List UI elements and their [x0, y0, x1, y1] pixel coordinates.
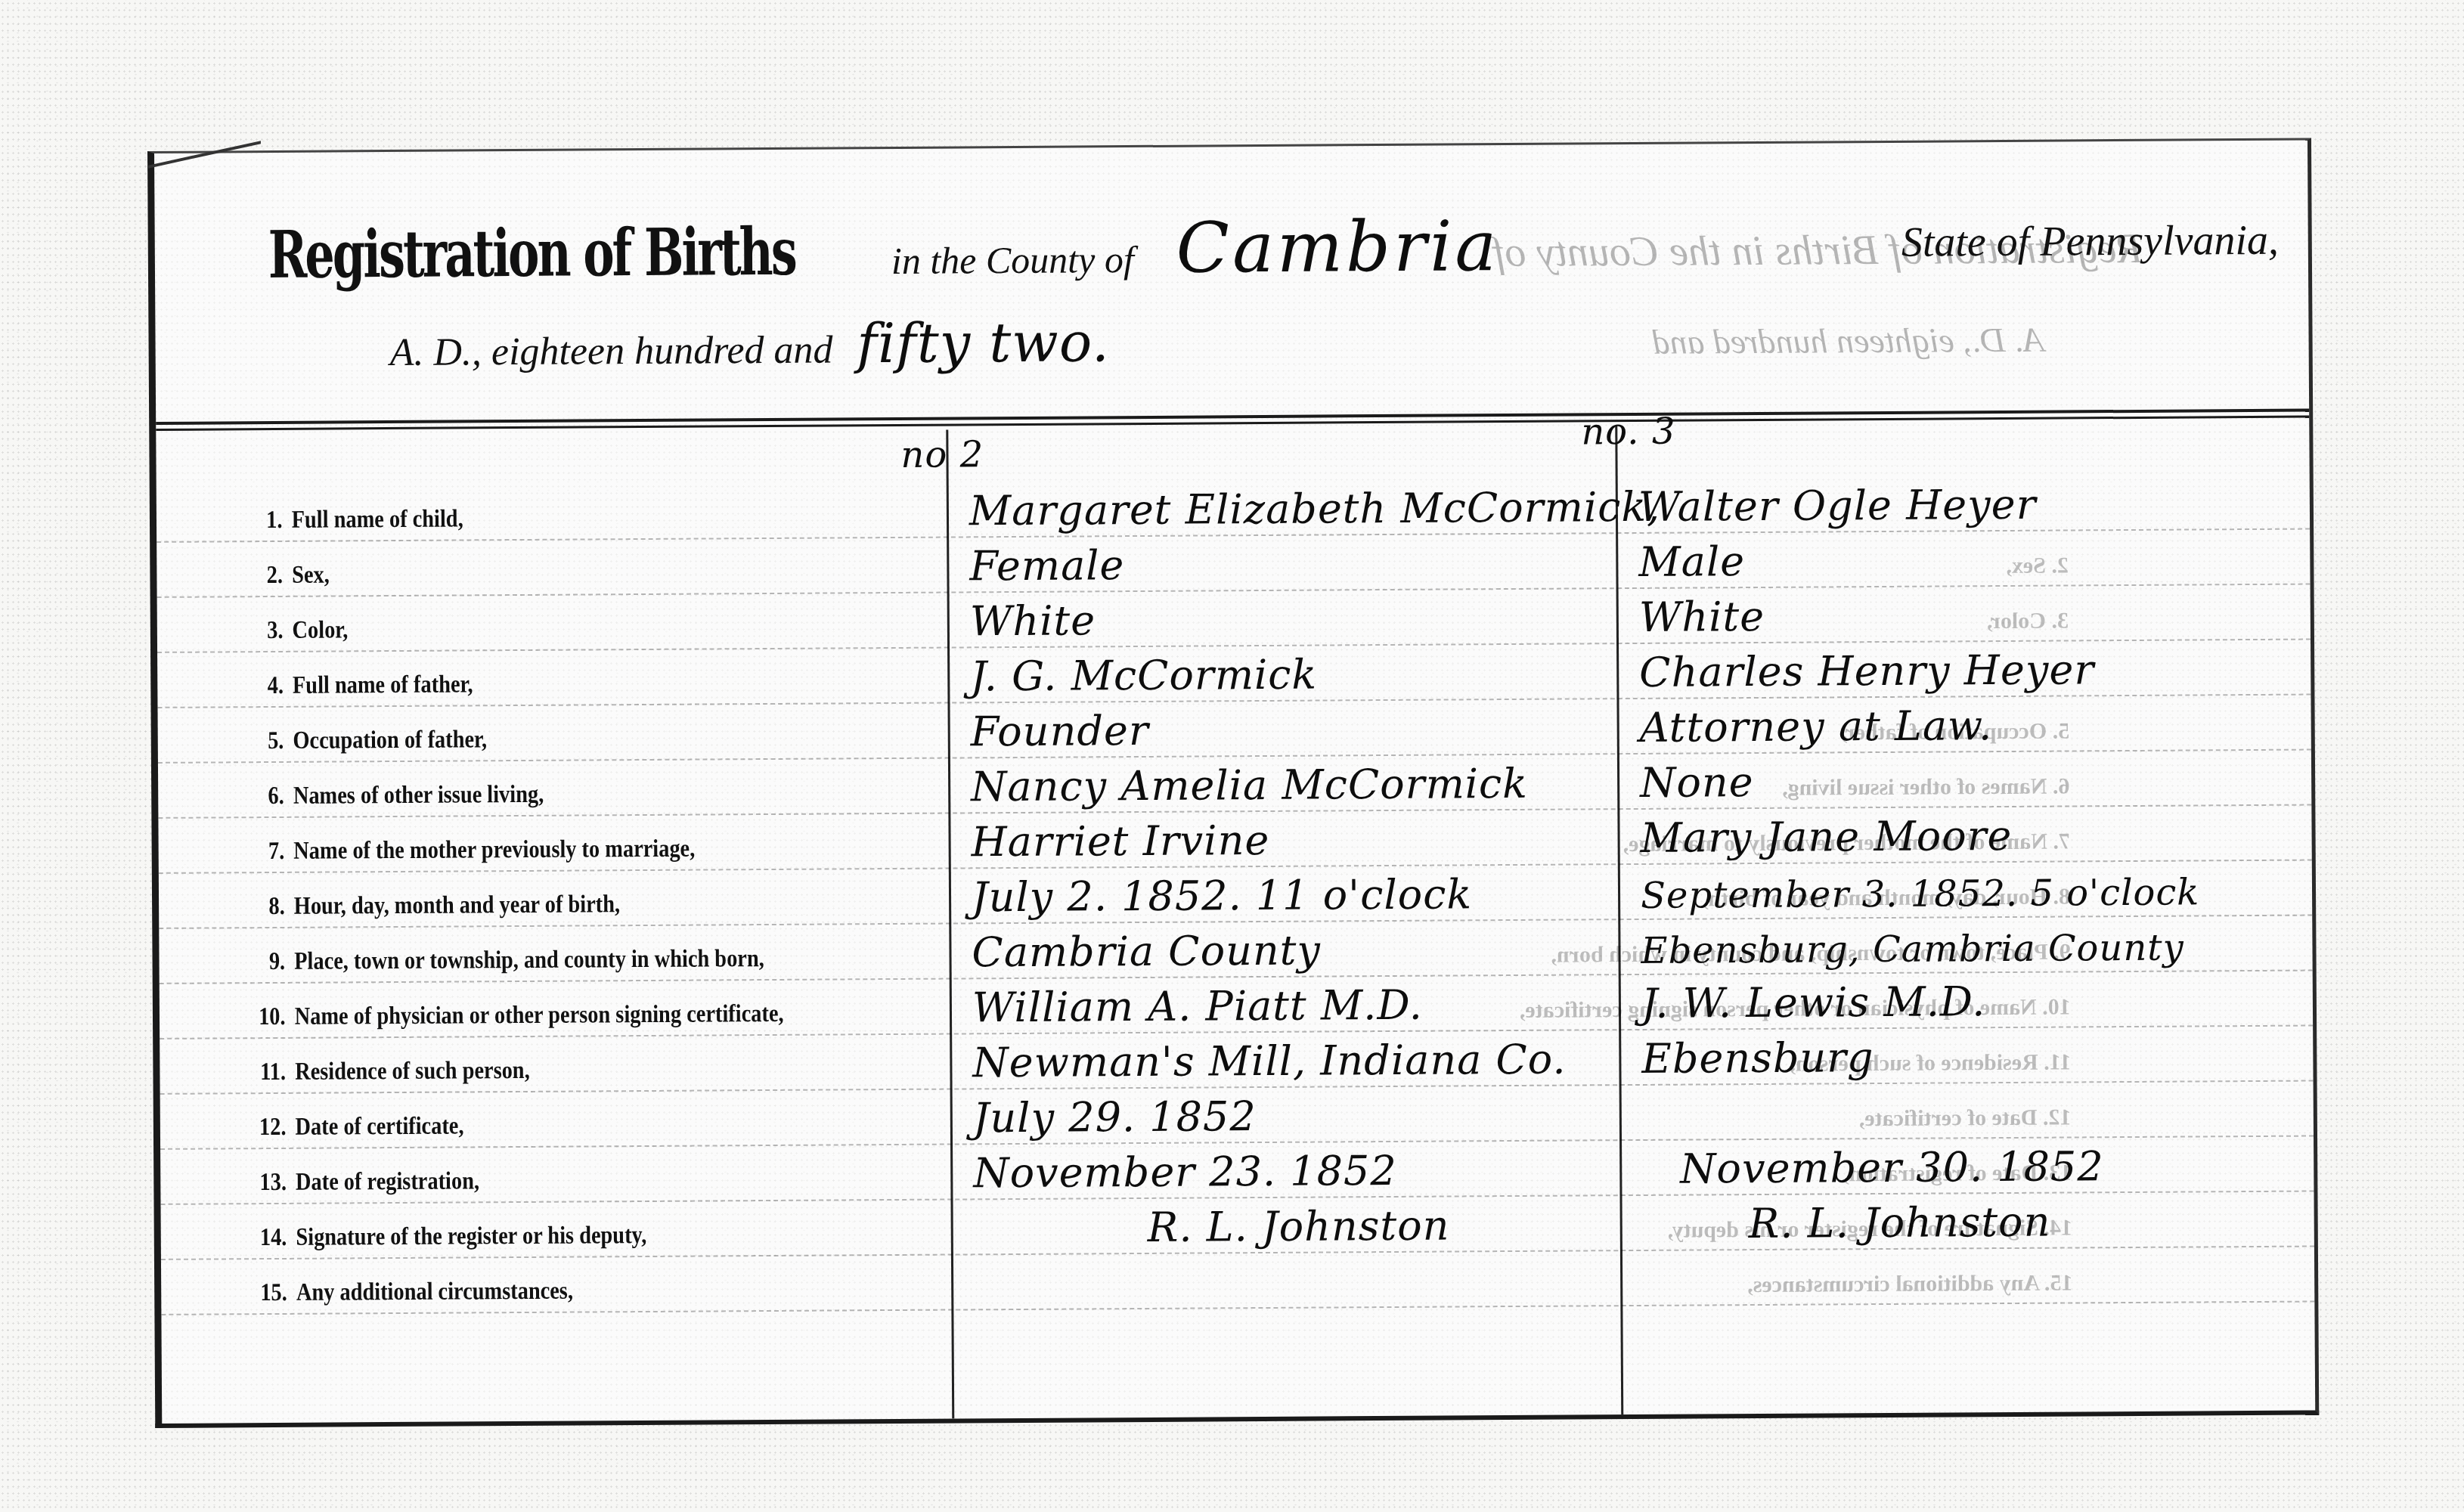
bleed-through-label: 8. Hour, day, month and year of birth,	[1703, 884, 2070, 912]
record-2-value: White	[970, 596, 1096, 645]
field-label: 11.Residence of such person,	[246, 1057, 529, 1086]
record-3-value: Walter Ogle Heyer	[1638, 481, 2037, 531]
record-2-value: Harriet Irvine	[971, 816, 1269, 866]
record-2-value: Newman's Mill, Indiana Co.	[972, 1036, 1566, 1087]
record-2-value: William A. Piatt M.D.	[972, 981, 1423, 1032]
field-label: 3.Color,	[244, 616, 349, 645]
record-number-2: no 2	[900, 433, 984, 476]
bleed-through-label: 15. Any additional circumstances,	[1747, 1270, 2073, 1298]
field-label: 9.Place, town or township, and county in…	[246, 945, 764, 976]
bleed-through-label: 14. Signature of the register or his dep…	[1667, 1215, 2072, 1243]
page-title: Registration of Births	[268, 214, 796, 293]
record-2-value: Margaret Elizabeth McCormick,	[969, 483, 1661, 535]
bleed-through-label: 13. Date of registration,	[1843, 1160, 2072, 1187]
bleed-through-label: 3. Color,	[1987, 608, 2069, 634]
field-label: 13.Date of registration,	[247, 1167, 479, 1197]
bleed-through-label: 11. Residence of such person,	[1790, 1049, 2072, 1077]
year-prefix: A. D., eighteen hundred and	[389, 327, 832, 375]
bleed-through-year: A. D., eighteen hundred and	[1652, 320, 2044, 362]
field-label: 8.Hour, day, month and year of birth,	[246, 891, 620, 921]
birth-register-page: Registration of Births in the County of …	[147, 138, 2319, 1428]
record-3-value: White	[1639, 593, 1765, 641]
bleed-through-label: 7. Name of the mother previously to marr…	[1623, 829, 2069, 857]
year-line: A. D., eighteen hundred and fifty two.	[389, 310, 1110, 378]
field-label: 6.Names of other issue living,	[245, 781, 544, 810]
record-3-value: Charles Henry Heyer	[1639, 646, 2094, 696]
field-label: 15.Any additional circumstances,	[248, 1278, 573, 1308]
field-label: 4.Full name of father,	[244, 671, 473, 700]
page-header: Registration of Births in the County of …	[154, 141, 2309, 429]
bleed-through-label: 5. Occupation of father,	[1841, 718, 2069, 745]
record-3-value: Male	[1638, 538, 1745, 586]
field-label: 7.Name of the mother previously to marri…	[246, 835, 696, 866]
record-2-register-signature: R. L. Johnston	[1148, 1202, 1450, 1251]
record-3-value: None	[1640, 758, 1754, 807]
bleed-through-label: 10. Name of physician or other person si…	[1520, 994, 2071, 1023]
record-2-value: Female	[969, 541, 1124, 590]
county-prefix: in the County of	[891, 237, 1134, 283]
field-label: 2.Sex,	[243, 562, 330, 590]
field-label: 10.Name of physician or other person sig…	[246, 1000, 784, 1031]
bleed-through-label: 9. Place, town or township, and county i…	[1551, 939, 2070, 968]
bleed-through-label: 2. Sex,	[2006, 553, 2069, 579]
record-2-value: July 29. 1852	[973, 1092, 1257, 1142]
county-value: Cambria	[1176, 206, 1499, 289]
registration-table: no 2 no. 3 1.Full name of child, Margare…	[156, 422, 2315, 1424]
record-2-value: July 2. 1852. 11 o'clock	[972, 870, 1472, 921]
title-line: Registration of Births in the County of …	[268, 206, 1523, 294]
record-2-value: Nancy Amelia McCormick	[971, 760, 1528, 810]
field-label: 5.Occupation of father,	[245, 726, 488, 755]
record-2-value: November 23. 1852	[973, 1147, 1397, 1197]
bleed-through-label: 12. Date of certificate,	[1859, 1105, 2072, 1132]
year-value: fifty two.	[857, 310, 1110, 375]
record-2-value: Founder	[971, 707, 1149, 755]
record-number-3: no. 3	[1581, 411, 1675, 454]
record-2-value: J. G. McCormick	[970, 651, 1317, 701]
field-label: 1.Full name of child,	[243, 505, 463, 534]
field-label: 14.Signature of the register or his depu…	[248, 1222, 647, 1252]
state-text: State of Pennsylvania,	[1901, 216, 2280, 267]
field-label: 12.Date of certificate,	[247, 1112, 464, 1142]
bleed-through-label: 6. Names of other issue living,	[1782, 773, 2069, 801]
record-2-value: Cambria County	[972, 927, 1321, 977]
